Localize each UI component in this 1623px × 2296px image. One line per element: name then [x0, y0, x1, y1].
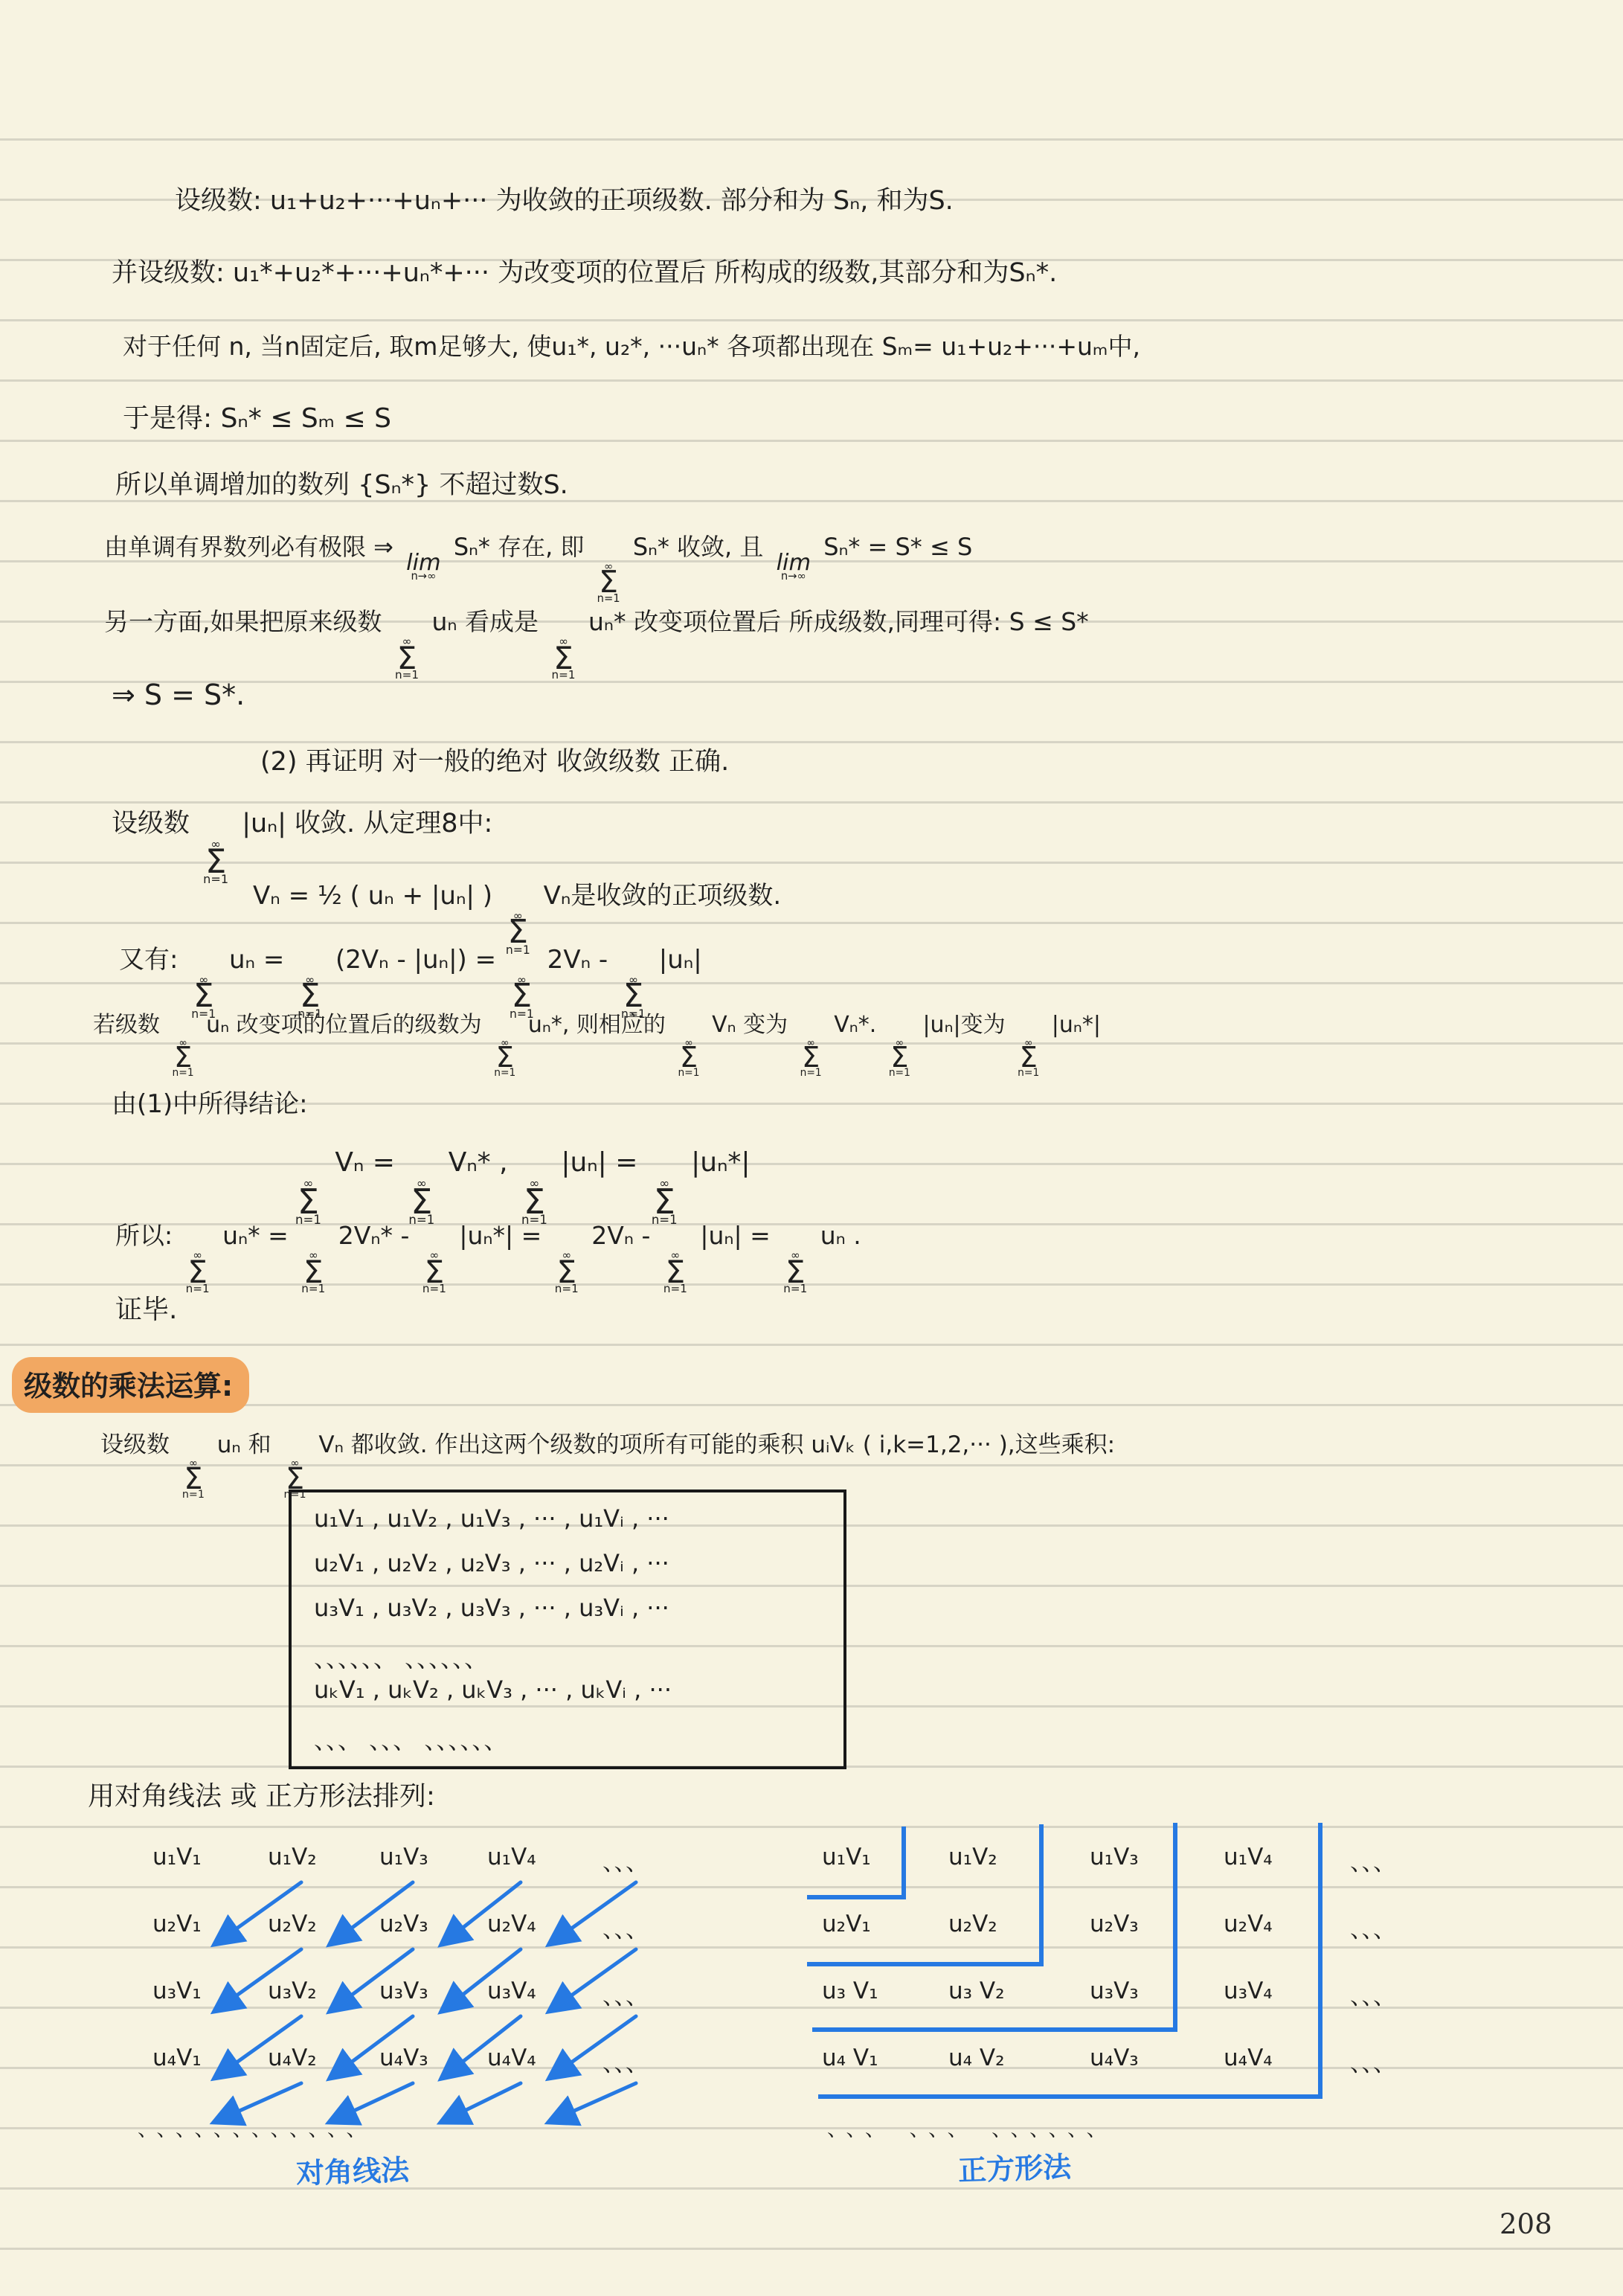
sum-symbol: ∞Σn=1: [295, 1179, 321, 1225]
left-diagram-dots: 、、、、、、、、、、、、: [138, 2113, 376, 2142]
products-box: u₁V₁ , u₁V₂ , u₁V₃ , ··· , u₁Vᵢ , ···u₂V…: [289, 1489, 846, 1769]
square-method-label: 正方形法: [957, 2143, 1072, 2188]
sum-symbol: ∞Σn=1: [408, 1179, 434, 1225]
handwritten-line: (2) 再证明 对一般的绝对 收敛级数 正确.: [260, 745, 729, 780]
left-diagram-term: u₃V₁: [152, 1978, 202, 2004]
left-diagram-term: u₂V₁: [152, 1911, 202, 1937]
left-diagram-term: u₂V₄: [487, 1911, 536, 1937]
right-diagram-term: u₄ V₂: [948, 2045, 1005, 2071]
left-diagram-term: u₁V₃: [379, 1844, 428, 1870]
left-diagram-term: 、、、: [602, 1978, 649, 2011]
right-diagram-term: u₃ V₂: [948, 1978, 1005, 2004]
sum-symbol: ∞Σn=1: [182, 1460, 205, 1499]
highlighted-heading: 级数的乘法运算:: [12, 1357, 249, 1413]
products-box-row: u₂V₁ , u₂V₂ , u₂V₃ , ··· , u₂Vᵢ , ···: [314, 1549, 669, 1577]
handwritten-line: 所以: ∞Σn=1 uₙ* = ∞Σn=1 2Vₙ* - ∞Σn=1 |uₙ*|…: [115, 1220, 861, 1294]
sum-symbol: ∞Σn=1: [173, 1039, 194, 1077]
sum-symbol: ∞Σn=1: [301, 1251, 325, 1294]
products-box-row: u₁V₁ , u₁V₂ , u₁V₃ , ··· , u₁Vᵢ , ···: [314, 1504, 669, 1533]
left-diagram-term: u₁V₄: [487, 1844, 536, 1870]
sum-symbol: ∞Σn=1: [1018, 1039, 1039, 1077]
sum-symbol: ∞Σn=1: [552, 638, 576, 680]
handwritten-line: 又有: ∞Σn=1 uₙ = ∞Σn=1 (2Vₙ - |uₙ|) = ∞Σn=…: [119, 943, 702, 1019]
left-diagram-term: 、、、: [602, 1911, 649, 1944]
handwritten-line: 所以单调增加的数列 {Sₙ*} 不超过数S.: [115, 469, 568, 503]
ruled-lines: [0, 138, 1623, 2296]
handwritten-line: 设级数: u₁+u₂+···+uₙ+··· 为收敛的正项级数. 部分和为 Sₙ,…: [175, 185, 954, 219]
handwritten-line: 由单调有界数列必有极限 ⇒ limn→∞ Sₙ* 存在, 即 ∞Σn=1 Sₙ*…: [104, 532, 972, 603]
right-diagram-term: u₃ V₁: [822, 1978, 878, 2004]
right-diagram-term: u₁V₂: [948, 1844, 997, 1870]
right-diagram-term: u₂V₃: [1090, 1911, 1139, 1937]
left-diagram-term: u₂V₃: [379, 1911, 428, 1937]
notebook-page: 设级数: u₁+u₂+···+uₙ+··· 为收敛的正项级数. 部分和为 Sₙ,…: [0, 0, 1623, 2296]
right-diagram-term: u₄V₄: [1224, 2045, 1273, 2071]
handwritten-line: ⇒ S = S*.: [112, 677, 245, 714]
right-diagram-term: u₁V₁: [822, 1844, 871, 1870]
handwritten-line: 另一方面,如果把原来级数 ∞Σn=1 uₙ 看成是 ∞Σn=1 uₙ* 改变项位…: [104, 606, 1089, 680]
left-diagram-term: u₄V₁: [152, 2045, 202, 2071]
limit-symbol: limn→∞: [406, 554, 441, 580]
right-diagram-term: u₁V₃: [1090, 1844, 1139, 1870]
right-diagram-term: 、、、: [1350, 1844, 1396, 1877]
left-diagram-term: u₄V₄: [487, 2045, 536, 2071]
left-diagram-term: u₃V₂: [268, 1978, 317, 2004]
handwritten-line: 设级数 ∞Σn=1 |uₙ| 收敛. 从定理8中:: [112, 807, 492, 885]
sum-symbol: ∞Σn=1: [395, 638, 419, 680]
sum-symbol: ∞Σn=1: [678, 1039, 699, 1077]
right-diagram-term: u₂V₁: [822, 1911, 871, 1937]
products-box-row: 、、、 、、、 、、、、、、: [314, 1722, 507, 1756]
handwritten-line: 用对角线法 或 正方形法排列:: [88, 1780, 435, 1815]
sum-symbol: ∞Σn=1: [555, 1251, 579, 1294]
sum-symbol: ∞Σn=1: [889, 1039, 910, 1077]
right-diagram-dots: 、、、 、、、 、、、、、、: [827, 2113, 1116, 2142]
sum-symbol: ∞Σn=1: [783, 1251, 807, 1294]
left-diagram-term: u₃V₄: [487, 1978, 536, 2004]
left-diagram-term: u₁V₁: [152, 1844, 202, 1870]
sum-symbol: ∞Σn=1: [203, 840, 228, 885]
handwritten-line: 由(1)中所得结论:: [112, 1088, 308, 1120]
sum-symbol: ∞Σn=1: [422, 1251, 446, 1294]
products-box-row: 、、、、、、 、、、、、、: [314, 1640, 488, 1674]
page-number: 208: [1500, 2208, 1552, 2240]
sum-symbol: ∞Σn=1: [663, 1251, 687, 1294]
right-diagram-term: 、、、: [1350, 1911, 1396, 1944]
sum-symbol: ∞Σn=1: [521, 1179, 547, 1225]
left-diagram-term: u₁V₂: [268, 1844, 317, 1870]
right-diagram-term: u₃V₃: [1090, 1978, 1139, 2004]
right-diagram-term: 、、、: [1350, 1978, 1396, 2011]
sum-symbol: ∞Σn=1: [652, 1179, 678, 1225]
handwritten-line: 若级数 ∞Σn=1 uₙ 改变项的位置后的级数为 ∞Σn=1 uₙ*, 则相应的…: [93, 1010, 1101, 1077]
handwritten-line: 对于任何 n, 当n固定后, 取m足够大, 使u₁*, u₂*, ···uₙ* …: [123, 331, 1140, 363]
handwritten-line: ∞Σn=1 Vₙ = ∞Σn=1 Vₙ* , ∞Σn=1 |uₙ| = ∞Σn=…: [290, 1146, 751, 1225]
handwritten-line: 于是得: Sₙ* ≤ Sₘ ≤ S: [123, 402, 391, 437]
products-box-row: uₖV₁ , uₖV₂ , uₖV₃ , ··· , uₖVᵢ , ···: [314, 1675, 672, 1704]
limit-symbol: limn→∞: [777, 554, 811, 580]
right-diagram-term: u₁V₄: [1224, 1844, 1273, 1870]
sum-symbol: ∞Σn=1: [597, 562, 620, 603]
right-diagram-term: 、、、: [1350, 2045, 1396, 2078]
left-diagram-term: 、、、: [602, 2045, 649, 2078]
handwritten-line: 证毕.: [115, 1293, 177, 1328]
right-diagram-term: u₄ V₁: [822, 2045, 878, 2071]
left-diagram-term: u₄V₃: [379, 2045, 428, 2071]
left-diagram-term: 、、、: [602, 1844, 649, 1877]
left-diagram-term: u₂V₂: [268, 1911, 317, 1937]
right-diagram-term: u₃V₄: [1224, 1978, 1273, 2004]
left-diagram-term: u₃V₃: [379, 1978, 428, 2004]
right-diagram-term: u₄V₃: [1090, 2045, 1139, 2071]
products-box-row: u₃V₁ , u₃V₂ , u₃V₃ , ··· , u₃Vᵢ , ···: [314, 1594, 669, 1622]
sum-symbol: ∞Σn=1: [800, 1039, 822, 1077]
left-diagram-term: u₄V₂: [268, 2045, 317, 2071]
diagonal-method-label: 对角线法: [295, 2146, 410, 2191]
handwritten-line: 并设级数: u₁*+u₂*+···+uₙ*+··· 为改变项的位置后 所构成的级…: [112, 257, 1057, 291]
right-diagram-term: u₂V₂: [948, 1911, 997, 1937]
right-diagram-term: u₂V₄: [1224, 1911, 1273, 1937]
sum-symbol: ∞Σn=1: [494, 1039, 515, 1077]
sum-symbol: ∞Σn=1: [186, 1251, 210, 1294]
